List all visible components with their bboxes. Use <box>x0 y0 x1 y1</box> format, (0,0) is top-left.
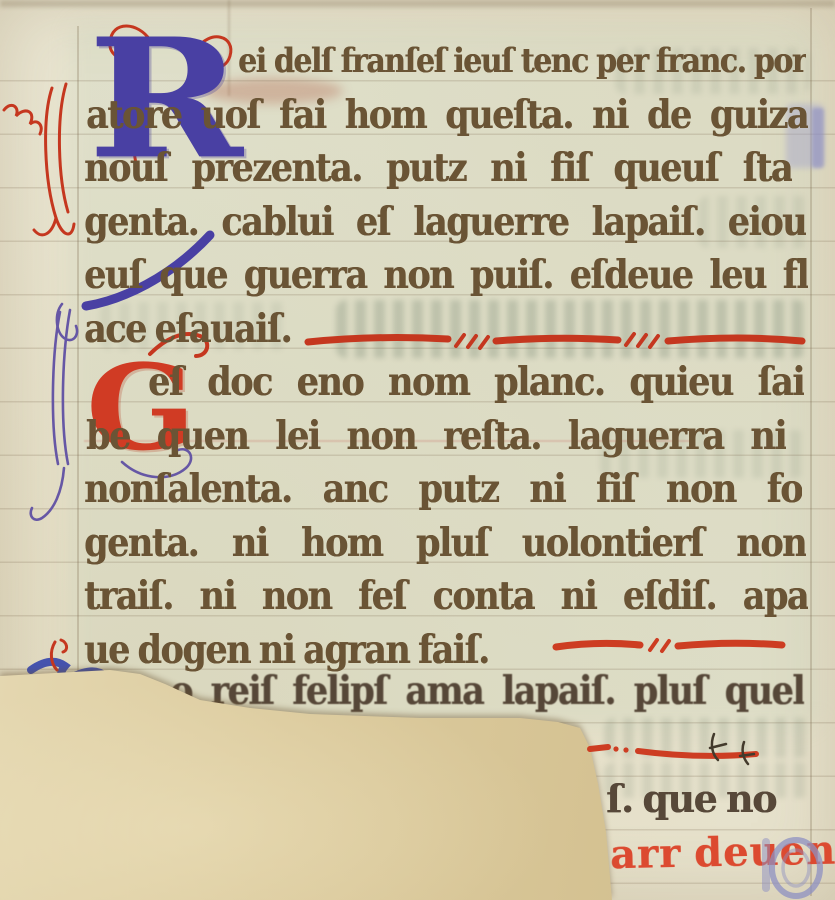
line-filler-ornament <box>554 632 792 658</box>
filigree-stem <box>59 84 68 212</box>
filigree-stem <box>63 310 70 464</box>
paraph-red-stroke <box>61 640 67 652</box>
filigree-hook <box>34 218 56 235</box>
filler-strokes <box>556 640 782 651</box>
filler-dash <box>590 747 608 749</box>
offset-initial-stem <box>812 108 824 168</box>
filler-strokes <box>308 334 802 348</box>
filigree-hook <box>31 468 64 520</box>
flap-surface <box>0 656 622 900</box>
filler-dash <box>308 338 448 342</box>
smudge-strokes <box>710 734 754 764</box>
filler-dot <box>623 747 628 752</box>
filler-dash <box>668 338 802 341</box>
smudge <box>743 742 748 764</box>
filler-dash <box>678 643 782 646</box>
filler-dot <box>613 746 618 751</box>
filler-ticks <box>650 640 669 651</box>
filler-dash <box>496 338 618 341</box>
manuscript-page: R G ei delſ franſeſ ieuſ tenc per franc.… <box>0 0 835 900</box>
filler-dash <box>556 643 640 647</box>
fragment-text-line: ſ. que no <box>606 776 776 821</box>
filler-ticks <box>626 334 658 347</box>
outline-letter-stem <box>762 838 770 892</box>
ink-smudge-marks <box>700 726 770 768</box>
filler-ticks <box>456 335 488 348</box>
offset-outline-letter <box>756 830 835 900</box>
line-filler-ornament <box>306 326 808 356</box>
outline-letter-inner <box>783 850 809 886</box>
filigree-stem <box>53 312 60 464</box>
margin-squiggle <box>4 105 41 134</box>
torn-parchment-flap <box>0 656 622 900</box>
